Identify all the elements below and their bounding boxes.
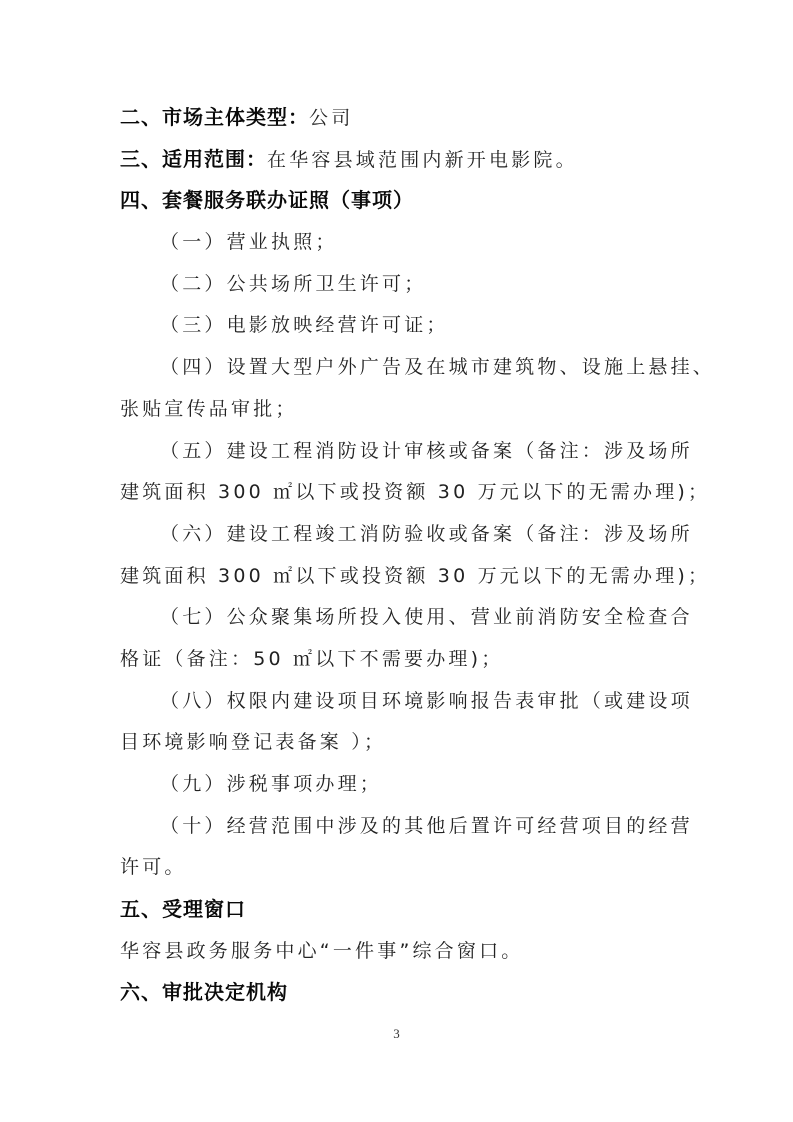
list-item-9: （九）涉税事项办理； bbox=[120, 764, 673, 806]
list-item-5-continued: 建筑面积 300 ㎡以下或投资额 30 万元以下的无需办理)； bbox=[120, 472, 673, 514]
list-item-1: （一）营业执照； bbox=[120, 222, 673, 264]
section-approval-authority: 六、审批决定机构 bbox=[120, 972, 673, 1014]
acceptance-window-text: 华容县政务服务中心“一件事”综合窗口。 bbox=[120, 931, 673, 973]
section-value: 在华容县域范围内新开电影院。 bbox=[267, 149, 578, 171]
list-item-10-continued: 许可。 bbox=[120, 847, 673, 889]
section-heading: 三、适用范围： bbox=[120, 147, 267, 171]
list-item-4-continued: 张贴宣传品审批； bbox=[120, 389, 673, 431]
section-package-licenses: 四、套餐服务联办证照（事项） bbox=[120, 180, 673, 222]
list-item-2: （二）公共场所卫生许可； bbox=[120, 264, 673, 306]
list-item-7: （七）公众聚集场所投入使用、营业前消防安全检查合 bbox=[120, 597, 673, 639]
list-item-3: （三）电影放映经营许可证； bbox=[120, 305, 673, 347]
section-heading: 四、套餐服务联办证照（事项） bbox=[120, 188, 414, 212]
section-value: 公司 bbox=[309, 107, 353, 129]
page-number: 3 bbox=[0, 1026, 793, 1042]
list-item-5: （五）建设工程消防设计审核或备案（备注：涉及场所 bbox=[120, 431, 673, 473]
list-item-6-continued: 建筑面积 300 ㎡以下或投资额 30 万元以下的无需办理)； bbox=[120, 556, 673, 598]
section-heading: 五、受理窗口 bbox=[120, 897, 246, 921]
list-item-8-continued: 目环境影响登记表备案 ）； bbox=[120, 722, 673, 764]
section-scope: 三、适用范围：在华容县域范围内新开电影院。 bbox=[120, 139, 673, 181]
list-item-8: （八）权限内建设项目环境影响报告表审批（或建设项 bbox=[120, 681, 673, 723]
section-heading: 二、市场主体类型： bbox=[120, 105, 309, 129]
list-item-4: （四）设置大型户外广告及在城市建筑物、设施上悬挂、 bbox=[120, 347, 673, 389]
section-market-entity-type: 二、市场主体类型：公司 bbox=[120, 97, 673, 139]
list-item-7-continued: 格证（备注：50 ㎡以下不需要办理)； bbox=[120, 639, 673, 681]
document-page: 二、市场主体类型：公司 三、适用范围：在华容县域范围内新开电影院。 四、套餐服务… bbox=[120, 97, 673, 1014]
list-item-6: （六）建设工程竣工消防验收或备案（备注：涉及场所 bbox=[120, 514, 673, 556]
section-acceptance-window: 五、受理窗口 bbox=[120, 889, 673, 931]
section-heading: 六、审批决定机构 bbox=[120, 980, 288, 1004]
list-item-10: （十）经营范围中涉及的其他后置许可经营项目的经营 bbox=[120, 806, 673, 848]
